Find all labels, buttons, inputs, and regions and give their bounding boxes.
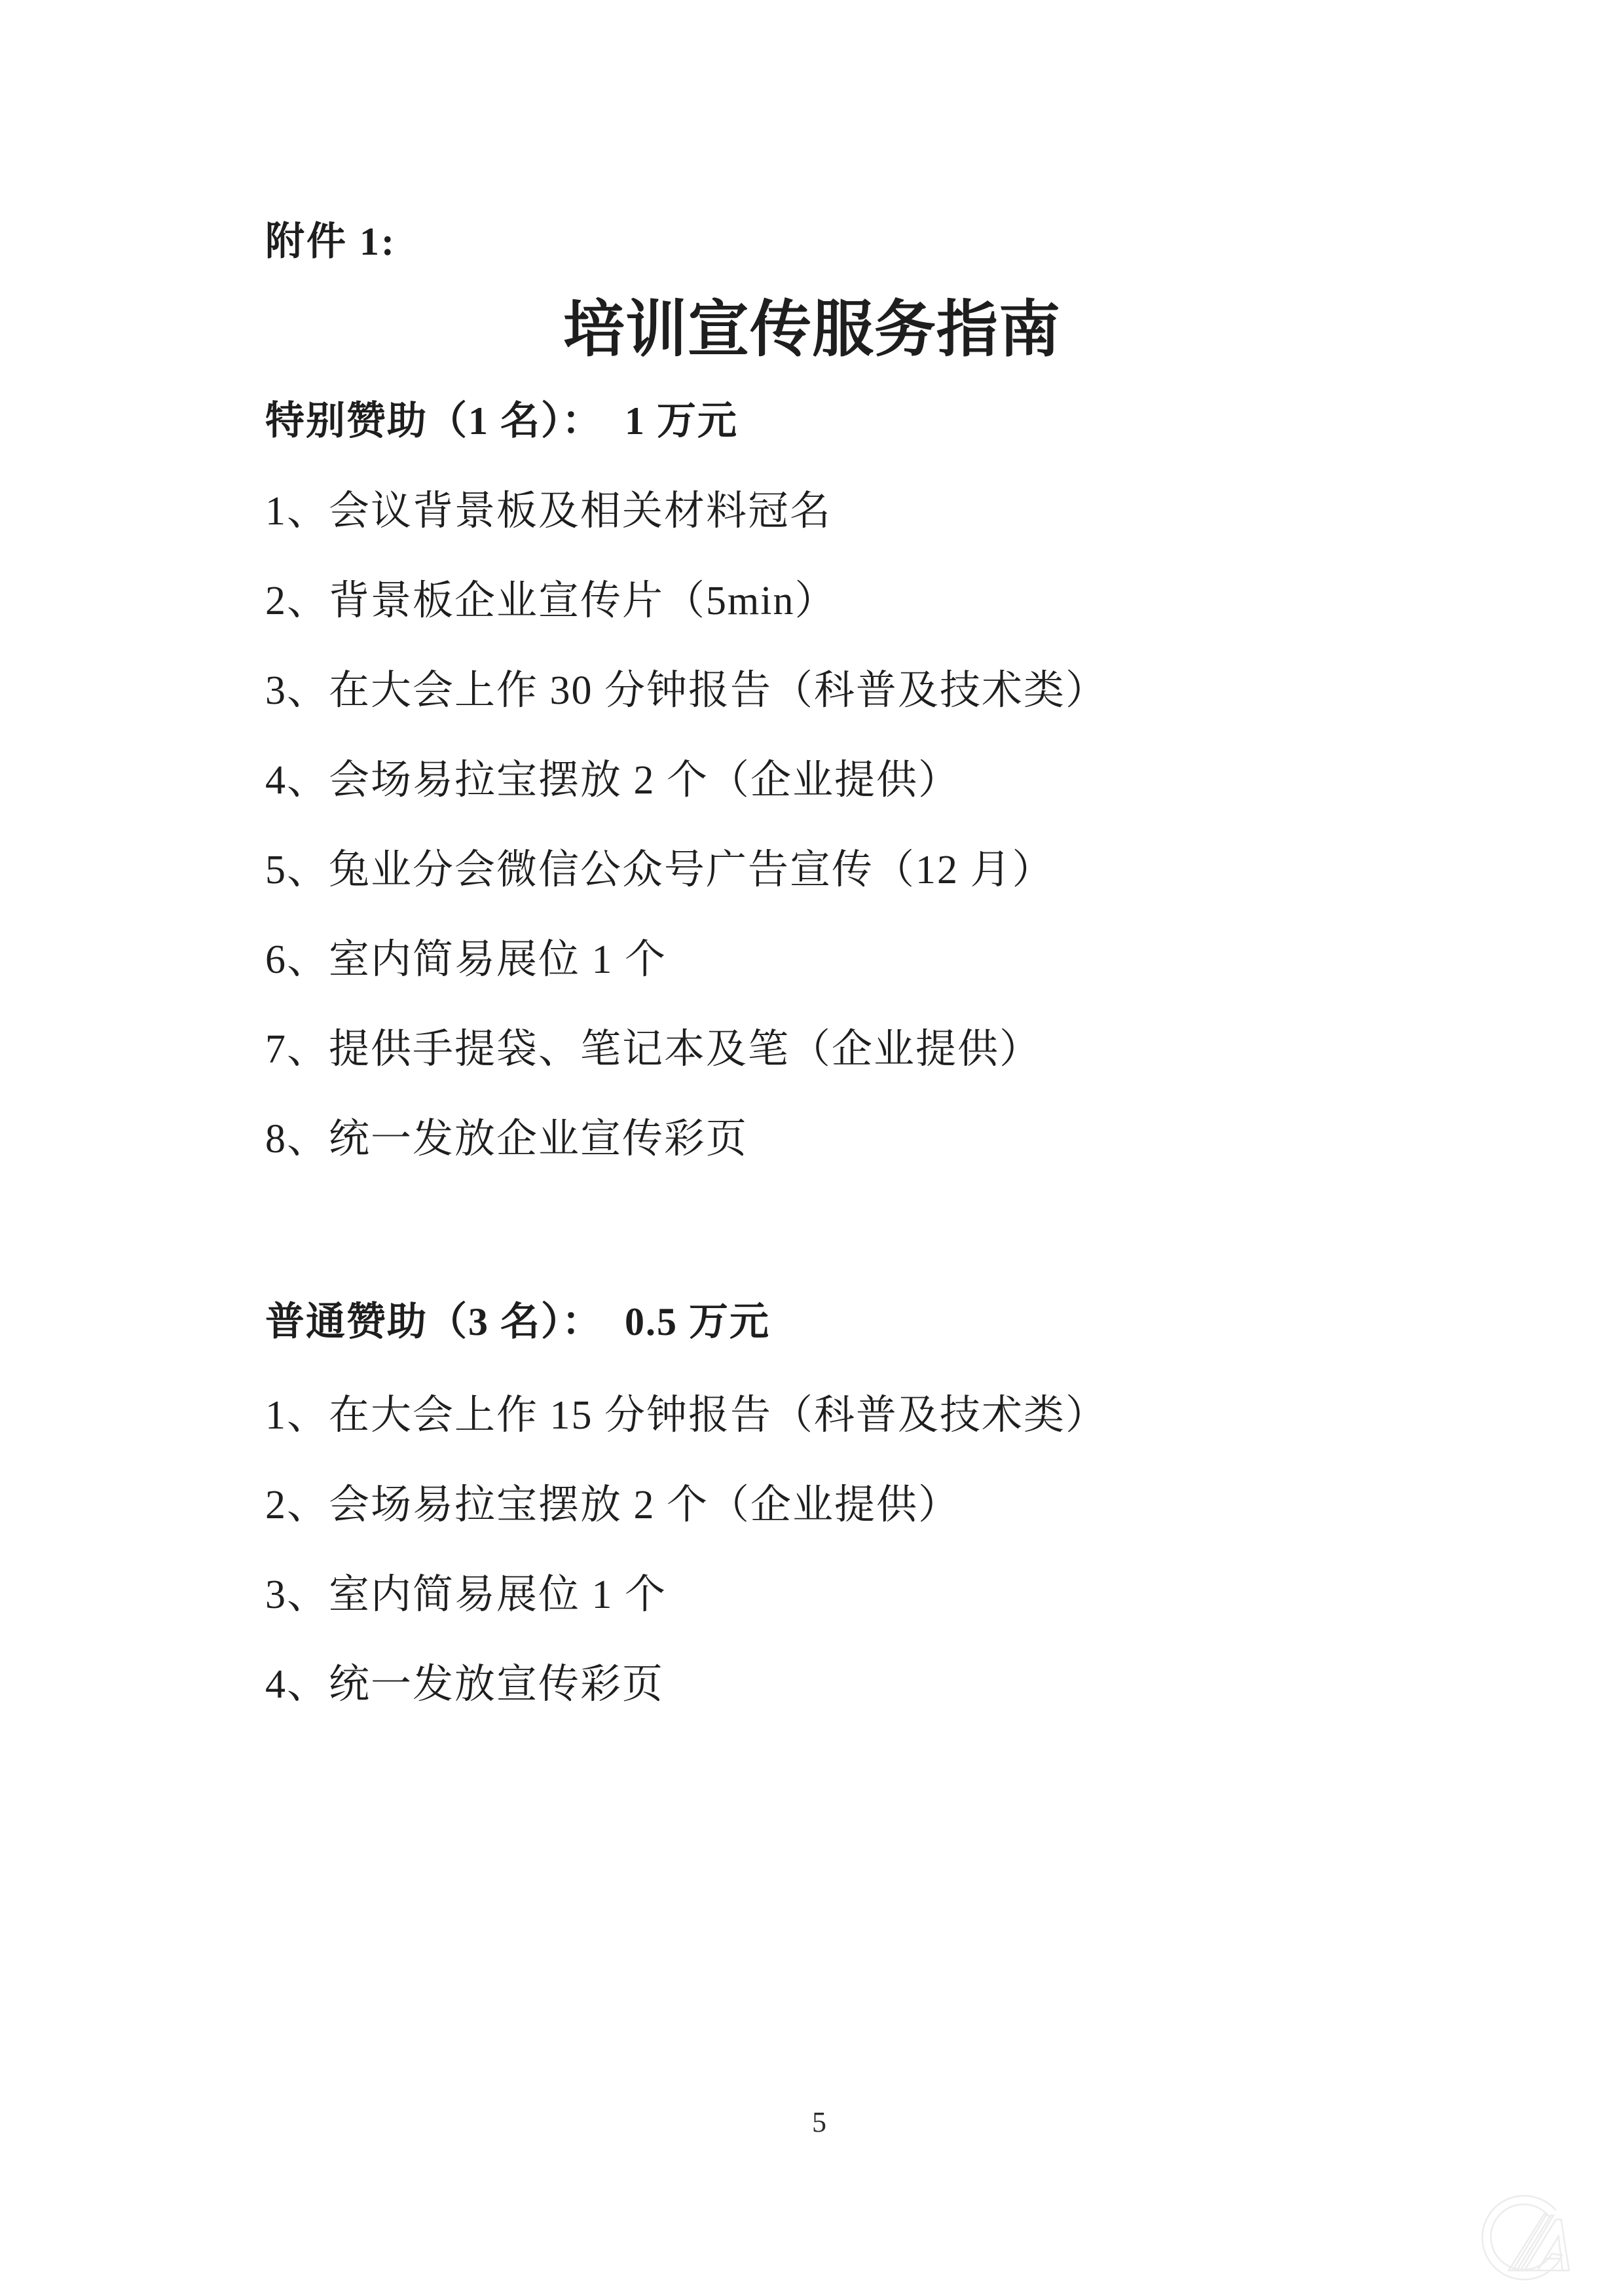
list-item: 7、提供手提袋、笔记本及笔（企业提供） xyxy=(265,1005,1107,1095)
page-title: 培训宣传服务指南 xyxy=(0,298,1624,363)
list-item: 4、统一发放宣传彩页 xyxy=(265,1640,1107,1730)
section-heading-special-sponsor: 特别赞助（1 名）： 1 万元 xyxy=(265,399,738,443)
list-item: 2、会场易拉宝摆放 2 个（企业提供） xyxy=(265,1461,1107,1550)
list-item: 1、会议背景板及相关材料冠名 xyxy=(265,467,1107,556)
special-sponsor-benefit-list: 1、会议背景板及相关材料冠名 2、背景板企业宣传片（5min） 3、在大会上作 … xyxy=(265,467,1107,1184)
attachment-label: 附件 1: xyxy=(265,220,396,263)
list-item: 4、会场易拉宝摆放 2 个（企业提供） xyxy=(265,736,1107,826)
list-item: 2、背景板企业宣传片（5min） xyxy=(265,556,1107,646)
list-item: 6、室内简易展位 1 个 xyxy=(265,915,1107,1005)
list-item: 5、兔业分会微信公众号广告宣传（12 月） xyxy=(265,826,1107,915)
list-item: 3、室内简易展位 1 个 xyxy=(265,1550,1107,1640)
list-item: 8、统一发放企业宣传彩页 xyxy=(265,1095,1107,1184)
page-number: 5 xyxy=(0,2105,1624,2140)
section-heading-normal-sponsor: 普通赞助（3 名）： 0.5 万元 xyxy=(265,1300,770,1343)
list-item: 1、在大会上作 15 分钟报告（科普及技术类） xyxy=(265,1371,1107,1461)
document-page: 附件 1: 培训宣传服务指南 特别赞助（1 名）： 1 万元 1、会议背景板及相… xyxy=(0,0,1624,2296)
normal-sponsor-benefit-list: 1、在大会上作 15 分钟报告（科普及技术类） 2、会场易拉宝摆放 2 个（企业… xyxy=(265,1371,1107,1730)
list-item: 3、在大会上作 30 分钟报告（科普及技术类） xyxy=(265,646,1107,736)
watermark-logo-icon xyxy=(1479,2191,1577,2289)
